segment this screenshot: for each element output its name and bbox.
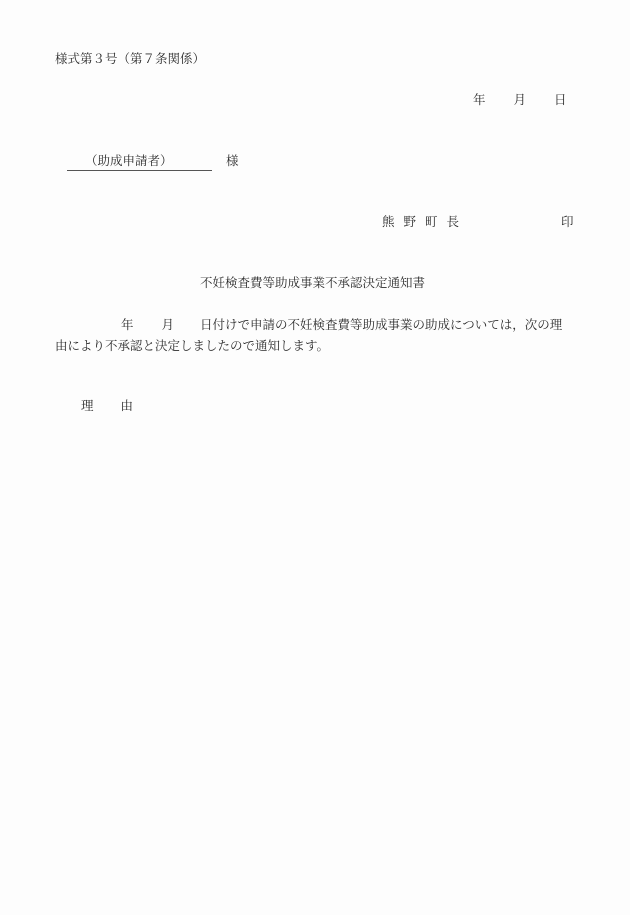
date-month-label: 月 [514, 94, 527, 107]
seal-mark: 印 [561, 216, 574, 229]
reason-label-part-1: 理 [81, 398, 94, 413]
body-line-2: 由により不承認と決定しましたので通知します。 [55, 340, 329, 353]
addressee: （助成申請者）様 [67, 155, 239, 171]
issuer-title: 熊野町長 [382, 216, 468, 229]
body-line-1-text: 日付けで申請の不妊検査費等助成事業の助成については，次の理 [200, 317, 562, 332]
form-number: 様式第３号（第７条関係） [55, 53, 205, 66]
honorific: 様 [226, 153, 239, 168]
date-line: 年月日 [473, 94, 567, 107]
applicant-name-field: （助成申請者） [67, 155, 212, 171]
body-line-1: 年月日付けで申請の不妊検査費等助成事業の助成については，次の理 [121, 319, 562, 332]
reason-label-part-2: 由 [121, 398, 134, 413]
body-year-label: 年 [121, 317, 134, 332]
reason-label: 理由 [81, 400, 133, 413]
date-day-label: 日 [554, 94, 567, 107]
body-month-label: 月 [162, 317, 175, 332]
date-year-label: 年 [473, 94, 486, 107]
document-title: 不妊検査費等助成事業不承認決定通知書 [200, 277, 425, 290]
